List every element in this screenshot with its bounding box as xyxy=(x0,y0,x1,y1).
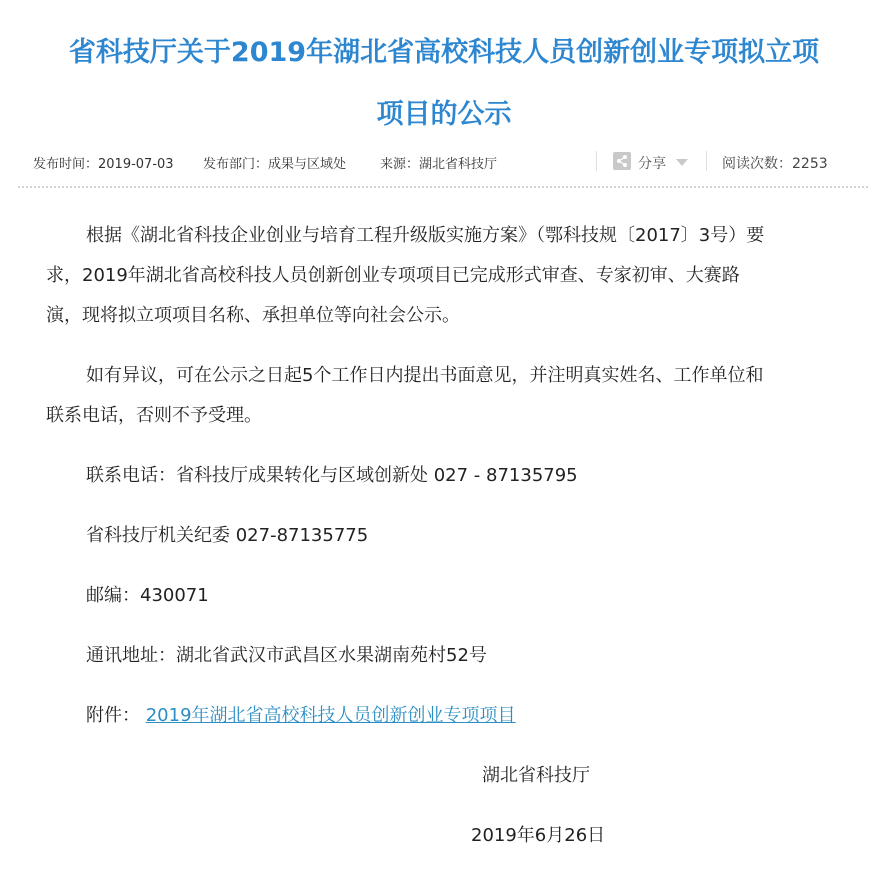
paragraph-2-line-2: 联系电话，否则不予受理。 xyxy=(46,396,262,436)
paragraph-1-line-2: 求，2019年湖北省高校科技人员创新创业专项项目已完成形式审查、专家初审、大赛路 xyxy=(46,256,740,296)
article-title: 省科技厅关于2019年湖北省高校科技人员创新创业专项拟立项 项目的公示 xyxy=(20,22,868,146)
divider xyxy=(706,151,707,171)
address: 通讯地址：湖北省武汉市武昌区水果湖南苑村52号 xyxy=(86,636,487,676)
share-button[interactable]: 分享 xyxy=(638,153,666,173)
contact-phone: 联系电话：省科技厅成果转化与区域创新处 027 - 87135795 xyxy=(86,456,578,496)
source: 来源：湖北省科技厅 xyxy=(380,153,497,172)
attachment-label: 附件： xyxy=(86,705,140,726)
publish-time: 发布时间：2019-07-03 xyxy=(33,153,174,172)
article-meta: 发布时间：2019-07-03 发布部门：成果与区域处 来源：湖北省科技厅 xyxy=(33,153,833,173)
divider xyxy=(596,151,597,171)
attachment-link[interactable]: 2019年湖北省高校科技人员创新创业专项项目 xyxy=(146,705,516,726)
paragraph-1-line-3: 演，现将拟立项项目名称、承担单位等向社会公示。 xyxy=(46,296,460,336)
signature-date: 2019年6月26日 xyxy=(471,816,605,856)
chevron-down-icon[interactable] xyxy=(676,159,688,166)
signature: 湖北省科技厅 xyxy=(482,756,590,796)
discipline-phone: 省科技厅机关纪委 027-87135775 xyxy=(86,516,368,556)
publish-department: 发布部门：成果与区域处 xyxy=(203,153,346,172)
paragraph-2-line-1: 如有异议，可在公示之日起5个工作日内提出书面意见，并注明真实姓名、工作单位和 xyxy=(86,356,763,396)
paragraph-1-line-1: 根据《湖北省科技企业创业与培育工程升级版实施方案》（鄂科技规〔2017〕3号）要 xyxy=(86,216,764,256)
attachment-row: 附件： 2019年湖北省高校科技人员创新创业专项项目 xyxy=(86,696,516,736)
read-count: 阅读次数：2253 xyxy=(722,153,828,173)
meta-divider xyxy=(18,186,868,188)
postcode: 邮编：430071 xyxy=(86,576,209,616)
share-icon[interactable] xyxy=(613,152,631,170)
title-line-2: 项目的公示 xyxy=(20,84,868,146)
title-line-1: 省科技厅关于2019年湖北省高校科技人员创新创业专项拟立项 xyxy=(20,22,868,84)
